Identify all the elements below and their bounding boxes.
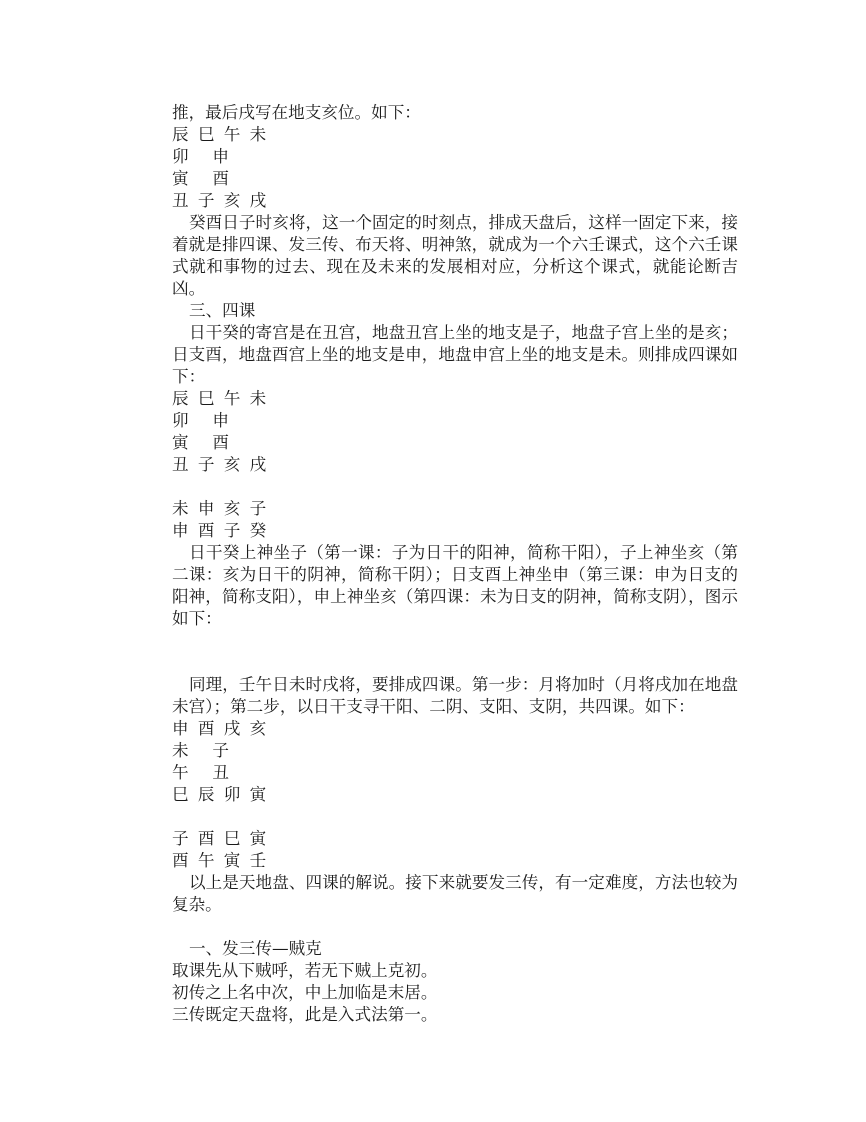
board-row: 辰 巳 午 未 <box>172 124 738 146</box>
lesson-row: 酉 午 寅 壬 <box>172 850 738 872</box>
paragraph: 同理，壬午日未时戌将，要排成四课。第一步：月将加时（月将戌加在地盘未宫）；第二步… <box>172 674 738 718</box>
board-row: 辰 巳 午 未 <box>172 388 738 410</box>
four-lessons-2: 子 酉 巳 寅 酉 午 寅 壬 <box>172 828 738 872</box>
section-heading: 一、发三传—贼克 <box>172 938 738 960</box>
paragraph: 癸酉日子时亥将，这一个固定的时刻点，排成天盘后，这样一固定下来，接着就是排四课、… <box>172 212 738 300</box>
board-row: 申 酉 戌 亥 <box>172 718 738 740</box>
spacer <box>172 806 738 828</box>
verse-line: 取课先从下贼呼，若无下贼上克初。 <box>172 960 738 982</box>
four-lessons-1: 未 申 亥 子 申 酉 子 癸 <box>172 498 738 542</box>
verse: 取课先从下贼呼，若无下贼上克初。 初传之上名中次，中上加临是末居。 三传既定天盘… <box>172 960 738 1026</box>
board-row: 寅 酉 <box>172 168 738 190</box>
paragraph: 以上是天地盘、四课的解说。接下来就要发三传，有一定难度，方法也较为复杂。 <box>172 872 738 916</box>
board-row: 卯 申 <box>172 146 738 168</box>
board-row: 丑 子 亥 戌 <box>172 454 738 476</box>
verse-line: 三传既定天盘将，此是入式法第一。 <box>172 1004 738 1026</box>
lesson-row: 未 申 亥 子 <box>172 498 738 520</box>
paragraph: 日干癸的寄宫是在丑宫，地盘丑宫上坐的地支是子，地盘子宫上坐的是亥；日支酉，地盘酉… <box>172 322 738 388</box>
lesson-row: 申 酉 子 癸 <box>172 520 738 542</box>
spacer <box>172 630 738 674</box>
intro-line: 推，最后戌写在地支亥位。如下： <box>172 102 738 124</box>
board-row: 巳 辰 卯 寅 <box>172 784 738 806</box>
section-heading: 三、四课 <box>172 300 738 322</box>
document-page: 推，最后戌写在地支亥位。如下： 辰 巳 午 未 卯 申 寅 酉 丑 子 亥 戌 … <box>172 102 738 1026</box>
spacer <box>172 916 738 938</box>
board-row: 丑 子 亥 戌 <box>172 190 738 212</box>
spacer <box>172 476 738 498</box>
board-row: 卯 申 <box>172 410 738 432</box>
lesson-row: 子 酉 巳 寅 <box>172 828 738 850</box>
board-row: 寅 酉 <box>172 432 738 454</box>
board-row: 未 子 <box>172 740 738 762</box>
earth-board-2: 辰 巳 午 未 卯 申 寅 酉 丑 子 亥 戌 <box>172 388 738 476</box>
verse-line: 初传之上名中次，中上加临是末居。 <box>172 982 738 1004</box>
earth-board-3: 申 酉 戌 亥 未 子 午 丑 巳 辰 卯 寅 <box>172 718 738 806</box>
board-row: 午 丑 <box>172 762 738 784</box>
earth-board-1: 辰 巳 午 未 卯 申 寅 酉 丑 子 亥 戌 <box>172 124 738 212</box>
paragraph: 日干癸上神坐子（第一课：子为日干的阳神，简称干阳），子上神坐亥（第二课：亥为日干… <box>172 542 738 630</box>
